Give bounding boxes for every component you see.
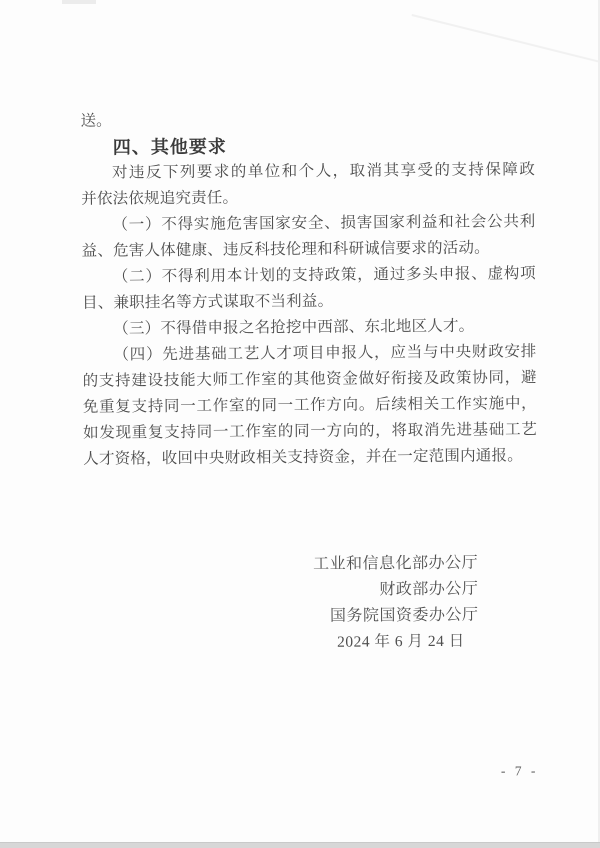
paragraph: （三）不得借申报之名抢挖中西部、东北地区人才。 <box>82 313 536 343</box>
text-line: 对违反下列要求的单位和个人，取消其享受的支持保障政策， <box>81 157 535 187</box>
paragraph: （二）不得利用本计划的支持政策，通过多头申报、虚构项目、兼职挂名等方式谋取不当利… <box>82 261 536 317</box>
text-line: 如发现重复支持同一工作室的同一方向的，将取消先进基础工艺 <box>83 417 537 447</box>
text-line: 目、兼职挂名等方式谋取不当利益。 <box>82 287 536 317</box>
text-line: （四）先进基础工艺人才项目申报人，应当与中央财政安排 <box>82 339 536 369</box>
date-line: 2024 年 6 月 24 日 <box>314 629 479 656</box>
scan-artifact-top-left <box>62 0 96 4</box>
signature-block: 工业和信息化部办公厅财政部办公厅国务院国资委办公厅 2024 年 6 月 24 … <box>313 551 479 656</box>
scan-edge-bottom <box>0 842 600 848</box>
paragraph: 对违反下列要求的单位和个人，取消其享受的支持保障政策，并依法依规追究责任。 <box>81 157 535 213</box>
document-body: 送。 四、其他要求 对违反下列要求的单位和个人，取消其享受的支持保障政策，并依法… <box>81 105 538 473</box>
text-line: 益、危害人体健康、违反科技伦理和科研诚信要求的活动。 <box>82 235 536 265</box>
signer-line: 工业和信息化部办公厅 <box>313 551 478 578</box>
signer-list: 工业和信息化部办公厅财政部办公厅国务院国资委办公厅 <box>313 551 479 630</box>
text-line: （二）不得利用本计划的支持政策，通过多头申报、虚构项 <box>82 261 536 291</box>
text-line: （三）不得借申报之名抢挖中西部、东北地区人才。 <box>82 313 536 343</box>
carryover-line: 送。 <box>81 105 535 135</box>
text-line: 人才资格，收回中央财政相关支持资金，并在一定范围内通报。 <box>83 443 537 473</box>
paragraph: （四）先进基础工艺人才项目申报人，应当与中央财政安排的支持建设技能大师工作室的其… <box>82 339 537 473</box>
paragraph-list: 对违反下列要求的单位和个人，取消其享受的支持保障政策，并依法依规追究责任。（一）… <box>81 157 537 473</box>
paragraph: （一）不得实施危害国家安全、损害国家利益和社会公共利益、危害人体健康、违反科技伦… <box>81 209 535 265</box>
text-line: 并依法依规追究责任。 <box>81 183 535 213</box>
text-line: 的支持建设技能大师工作室的其他资金做好衔接及政策协同，避 <box>83 365 537 395</box>
printed-area: 送。 四、其他要求 对违反下列要求的单位和个人，取消其享受的支持保障政策，并依法… <box>0 0 600 848</box>
page-number: - 7 - <box>489 761 549 781</box>
text-line: 免重复支持同一工作室的同一工作方向。后续相关工作实施中， <box>83 391 537 421</box>
signer-line: 财政部办公厅 <box>313 577 478 604</box>
text-line: （一）不得实施危害国家安全、损害国家利益和社会公共利 <box>81 209 535 239</box>
scanned-document-page: 送。 四、其他要求 对违反下列要求的单位和个人，取消其享受的支持保障政策，并依法… <box>0 0 600 848</box>
signer-line: 国务院国资委办公厅 <box>313 603 478 630</box>
section-heading: 四、其他要求 <box>81 131 535 161</box>
